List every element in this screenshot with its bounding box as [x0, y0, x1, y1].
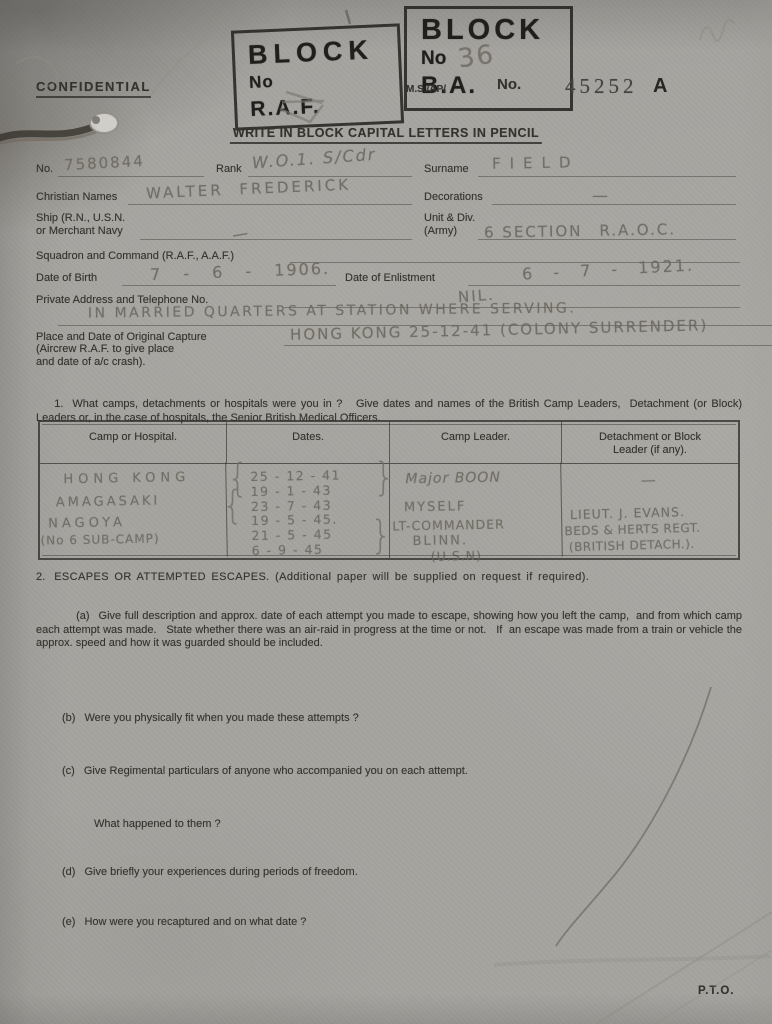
camp-entry: AMAGASAKI — [56, 492, 226, 510]
camps-table-body-row: HONG KONG AMAGASAKI NAGOYA (No 6 SUB-CAM… — [40, 464, 738, 558]
pencil-mark-topright — [700, 20, 734, 41]
field-christian-names-line — [128, 204, 412, 205]
raf-stamp-block-text: BLOCK — [247, 33, 398, 71]
header-detachment-leader: Detachment or Block Leader (if any). — [562, 422, 738, 463]
question-2b-text: Were you physically fit when you made th… — [84, 712, 358, 724]
question-2d: (d)Give briefly your experiences during … — [62, 866, 722, 880]
serial-no-label: No. — [497, 79, 521, 92]
field-capture-line — [284, 345, 772, 346]
field-no-line — [58, 176, 204, 177]
question-2c-followup-text: What happened to them ? — [94, 818, 221, 830]
question-2d-text: Give briefly your experiences during per… — [84, 866, 357, 878]
question-2a-text: Give full description and approx. date o… — [36, 610, 745, 650]
field-no-value: 7580844 — [64, 152, 146, 174]
question-2e-label: (e) — [62, 916, 75, 930]
camp-entry: HONG KONG — [63, 469, 225, 487]
detachment-entry: — — [561, 469, 737, 492]
question-2a-label: (a) — [50, 610, 89, 624]
field-squadron-label: Squadron and Command (R.A.F., A.A.F.) — [36, 250, 234, 263]
serial-letter: A — [653, 75, 667, 98]
field-dob-value: 7 - 6 - 1906. — [150, 259, 331, 284]
smear-band — [494, 956, 770, 965]
camp-leader-entry: (U.S.N) — [431, 547, 562, 564]
confidential-label: CONFIDENTIAL — [36, 81, 151, 98]
question-2e: (e)How were you recaptured and on what d… — [62, 916, 722, 930]
field-ship-value: — — [230, 223, 251, 245]
header-dates: Dates. — [227, 422, 390, 463]
cell-camps: HONG KONG AMAGASAKI NAGOYA (No 6 SUB-CAM… — [39, 462, 228, 559]
field-enlistment-line — [468, 285, 740, 286]
field-decorations-value: — — [592, 186, 610, 205]
question-2e-text: How were you recaptured and on what date… — [84, 916, 306, 928]
camp-entry: (No 6 SUB-CAMP) — [40, 530, 226, 547]
serial-number: 45252 — [565, 74, 638, 99]
field-capture-value: HONG KONG 25-12-41 (COLONY SURRENDER) — [290, 316, 709, 343]
field-unit-div-label: Unit & Div. (Army) — [424, 212, 475, 237]
question-2c-followup: What happened to them ? — [94, 818, 594, 832]
field-no-label: No. — [36, 163, 53, 176]
ba-stamp-block-text: BLOCK — [421, 14, 570, 47]
question-2d-label: (d) — [62, 866, 75, 880]
field-surname-label: Surname — [424, 163, 469, 176]
field-ship-label: Ship (R.N., U.S.N. or Merchant Navy — [36, 212, 125, 237]
camp-leader-entry: LT-COMMANDER — [392, 516, 561, 534]
thread-mark-highlight — [0, 132, 96, 144]
staple-hole-ring — [90, 113, 118, 133]
dates-entries: 25 - 12 - 41 19 - 1 - 43 23 - 7 - 43 19 … — [226, 463, 390, 560]
camps-table: Camp or Hospital. Dates. Camp Leader. De… — [38, 420, 740, 560]
field-christian-names-label: Christian Names — [36, 191, 117, 204]
raf-stamp-no-text: No — [249, 66, 400, 93]
detachment-entry: LIEUT. J. EVANS. — [570, 503, 738, 522]
header-camp-leader: Camp Leader. — [390, 422, 562, 463]
cell-detachment-leaders: — LIEUT. J. EVANS. BEDS & HERTS REGT. (B… — [561, 462, 739, 561]
section-2-title: 2.ESCAPES OR ATTEMPTED ESCAPES. (Additio… — [36, 571, 742, 585]
block-capitals-instruction: WRITE IN BLOCK CAPITAL LETTERS IN PENCIL — [230, 127, 542, 144]
field-decorations-label: Decorations — [424, 191, 483, 204]
question-1-number: 1. — [54, 398, 63, 412]
cell-camp-leaders: Major BOON MYSELF LT-COMMANDER BLINN. (U… — [389, 463, 563, 560]
question-2c-text: Give Regimental particulars of anyone wh… — [84, 765, 468, 777]
section-2-number: 2. — [36, 571, 45, 585]
raf-block-stamp: BLOCK No R.A.F. — [231, 23, 404, 130]
tick-mark — [346, 10, 350, 24]
pencil-curve — [556, 687, 711, 946]
field-christian-names-value: WALTER FREDERICK — [146, 176, 352, 203]
field-unit-div-value: 6 SECTION R.A.O.C. — [484, 218, 676, 242]
field-rank-value: W.O.1. S/Cdr — [251, 145, 376, 173]
field-ship-line — [140, 239, 412, 240]
camp-leader-entry: Major BOON — [405, 469, 560, 488]
camp-leader-entry: MYSELF — [404, 498, 561, 516]
scanned-pow-questionnaire-page: CONFIDENTIAL BLOCK No R.A.F. BLOCK No 36… — [0, 0, 772, 1024]
pto-label: P.T.O. — [698, 985, 734, 998]
question-2b: (b)Were you physically fit when you made… — [62, 712, 722, 726]
question-2a: (a)Give full description and approx. dat… — [36, 596, 742, 665]
block-number-handwritten: 36 — [456, 40, 497, 75]
cell-dates: { } { } 25 - 12 - 41 19 - 1 - 43 23 - 7 … — [227, 464, 390, 558]
field-surname-value: FIELD — [492, 153, 580, 173]
camp-entry: NAGOYA — [48, 513, 226, 531]
field-decorations-line — [492, 204, 736, 205]
thread-mark — [0, 127, 93, 140]
staple-shadow — [92, 116, 100, 124]
field-enlistment-value: 6 - 7 - 1921. — [522, 256, 695, 284]
raf-stamp-raf-text: R.A.F. — [250, 91, 401, 122]
question-2c-label: (c) — [62, 765, 75, 779]
header-camp-or-hospital: Camp or Hospital. — [40, 422, 227, 463]
field-surname-line — [478, 176, 736, 177]
staple-hole — [90, 113, 118, 133]
field-capture-label: Place and Date of Original Capture — [36, 331, 207, 344]
field-dob-line — [122, 285, 336, 286]
field-capture-sublabel: (Aircrew R.A.F. to give place and date o… — [36, 343, 174, 368]
detachment-entry: (BRITISH DETACH.). — [569, 536, 739, 554]
section-2-title-text: ESCAPES OR ATTEMPTED ESCAPES. (Additiona… — [54, 571, 589, 583]
question-2b-label: (b) — [62, 712, 75, 726]
serial-msap-label: M.S./AP/ — [406, 84, 446, 97]
question-2c: (c)Give Regimental particulars of anyone… — [62, 765, 722, 779]
ba-stamp-no-text: No — [421, 48, 446, 70]
field-enlistment-label: Date of Enlistment — [345, 272, 435, 285]
field-dob-label: Date of Birth — [36, 272, 97, 285]
field-rank-label: Rank — [216, 163, 242, 176]
